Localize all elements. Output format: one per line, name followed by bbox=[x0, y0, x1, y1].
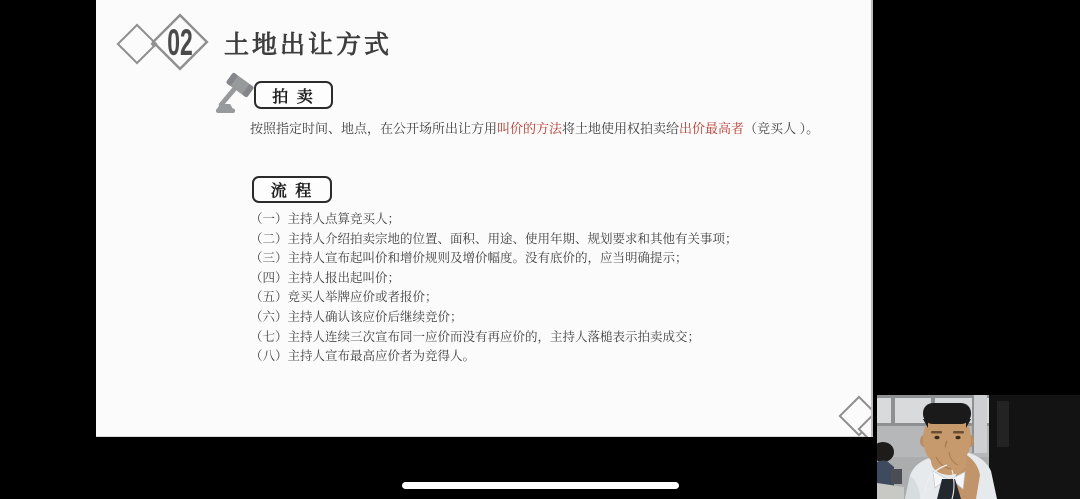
process-step-7: （七）主持人连续三次宣布同一应价而没有再应价的，主持人落槌表示拍卖成交； bbox=[250, 328, 840, 348]
process-step-5: （五）竞买人举牌应价或者报价； bbox=[250, 288, 840, 308]
home-indicator-bar[interactable] bbox=[402, 482, 679, 489]
process-step-8: （八）主持人宣布最高应价者为竞得人。 bbox=[250, 347, 840, 367]
slide-title: 土地出让方式 bbox=[224, 25, 392, 61]
process-step-3: （三）主持人宣布起叫价和增价规则及增价幅度。没有底价的，应当明确提示； bbox=[250, 249, 840, 269]
auction-description: 按照指定时间、地点，在公开场所出让方用叫价的方法将土地使用权拍卖给出价最高者（竞… bbox=[250, 120, 810, 138]
presenter-figure bbox=[877, 395, 1080, 499]
desc-text-1: 按照指定时间、地点，在公开场所出让方用 bbox=[250, 121, 497, 136]
auction-label-box: 拍 卖 bbox=[254, 81, 333, 109]
gavel-icon bbox=[215, 72, 255, 114]
desc-highlight-2: 出价最高者 bbox=[679, 121, 744, 136]
process-step-2: （二）主持人介绍拍卖宗地的位置、面积、用途、使用年期、规划要求和其他有关事项； bbox=[250, 230, 840, 250]
webcam-video[interactable] bbox=[877, 395, 1080, 499]
desc-text-3: （竞买人 ）。 bbox=[744, 121, 819, 136]
section-diamond-badge: 02 bbox=[96, 0, 226, 90]
presentation-slide: 02 土地出让方式 拍 卖 按照指定时间、地点，在公开场所出让方用叫价的方法将土… bbox=[96, 0, 873, 437]
section-number: 02 bbox=[167, 21, 193, 63]
desc-text-2: 将土地使用权拍卖给 bbox=[562, 121, 679, 136]
process-label-box: 流 程 bbox=[252, 176, 332, 203]
process-step-4: （四）主持人报出起叫价； bbox=[250, 269, 840, 289]
video-player-stage: 02 土地出让方式 拍 卖 按照指定时间、地点，在公开场所出让方用叫价的方法将土… bbox=[0, 0, 1080, 499]
corner-diamond-ornament bbox=[836, 392, 873, 437]
process-label: 流 程 bbox=[271, 178, 313, 201]
auction-label: 拍 卖 bbox=[272, 84, 314, 107]
process-step-1: （一）主持人点算竞买人； bbox=[250, 210, 840, 230]
process-step-list: （一）主持人点算竞买人； （二）主持人介绍拍卖宗地的位置、面积、用途、使用年期、… bbox=[250, 210, 840, 367]
desc-highlight-1: 叫价的方法 bbox=[497, 121, 562, 136]
process-step-6: （六）主持人确认该应价后继续竞价； bbox=[250, 308, 840, 328]
small-diamond-icon bbox=[118, 25, 156, 63]
